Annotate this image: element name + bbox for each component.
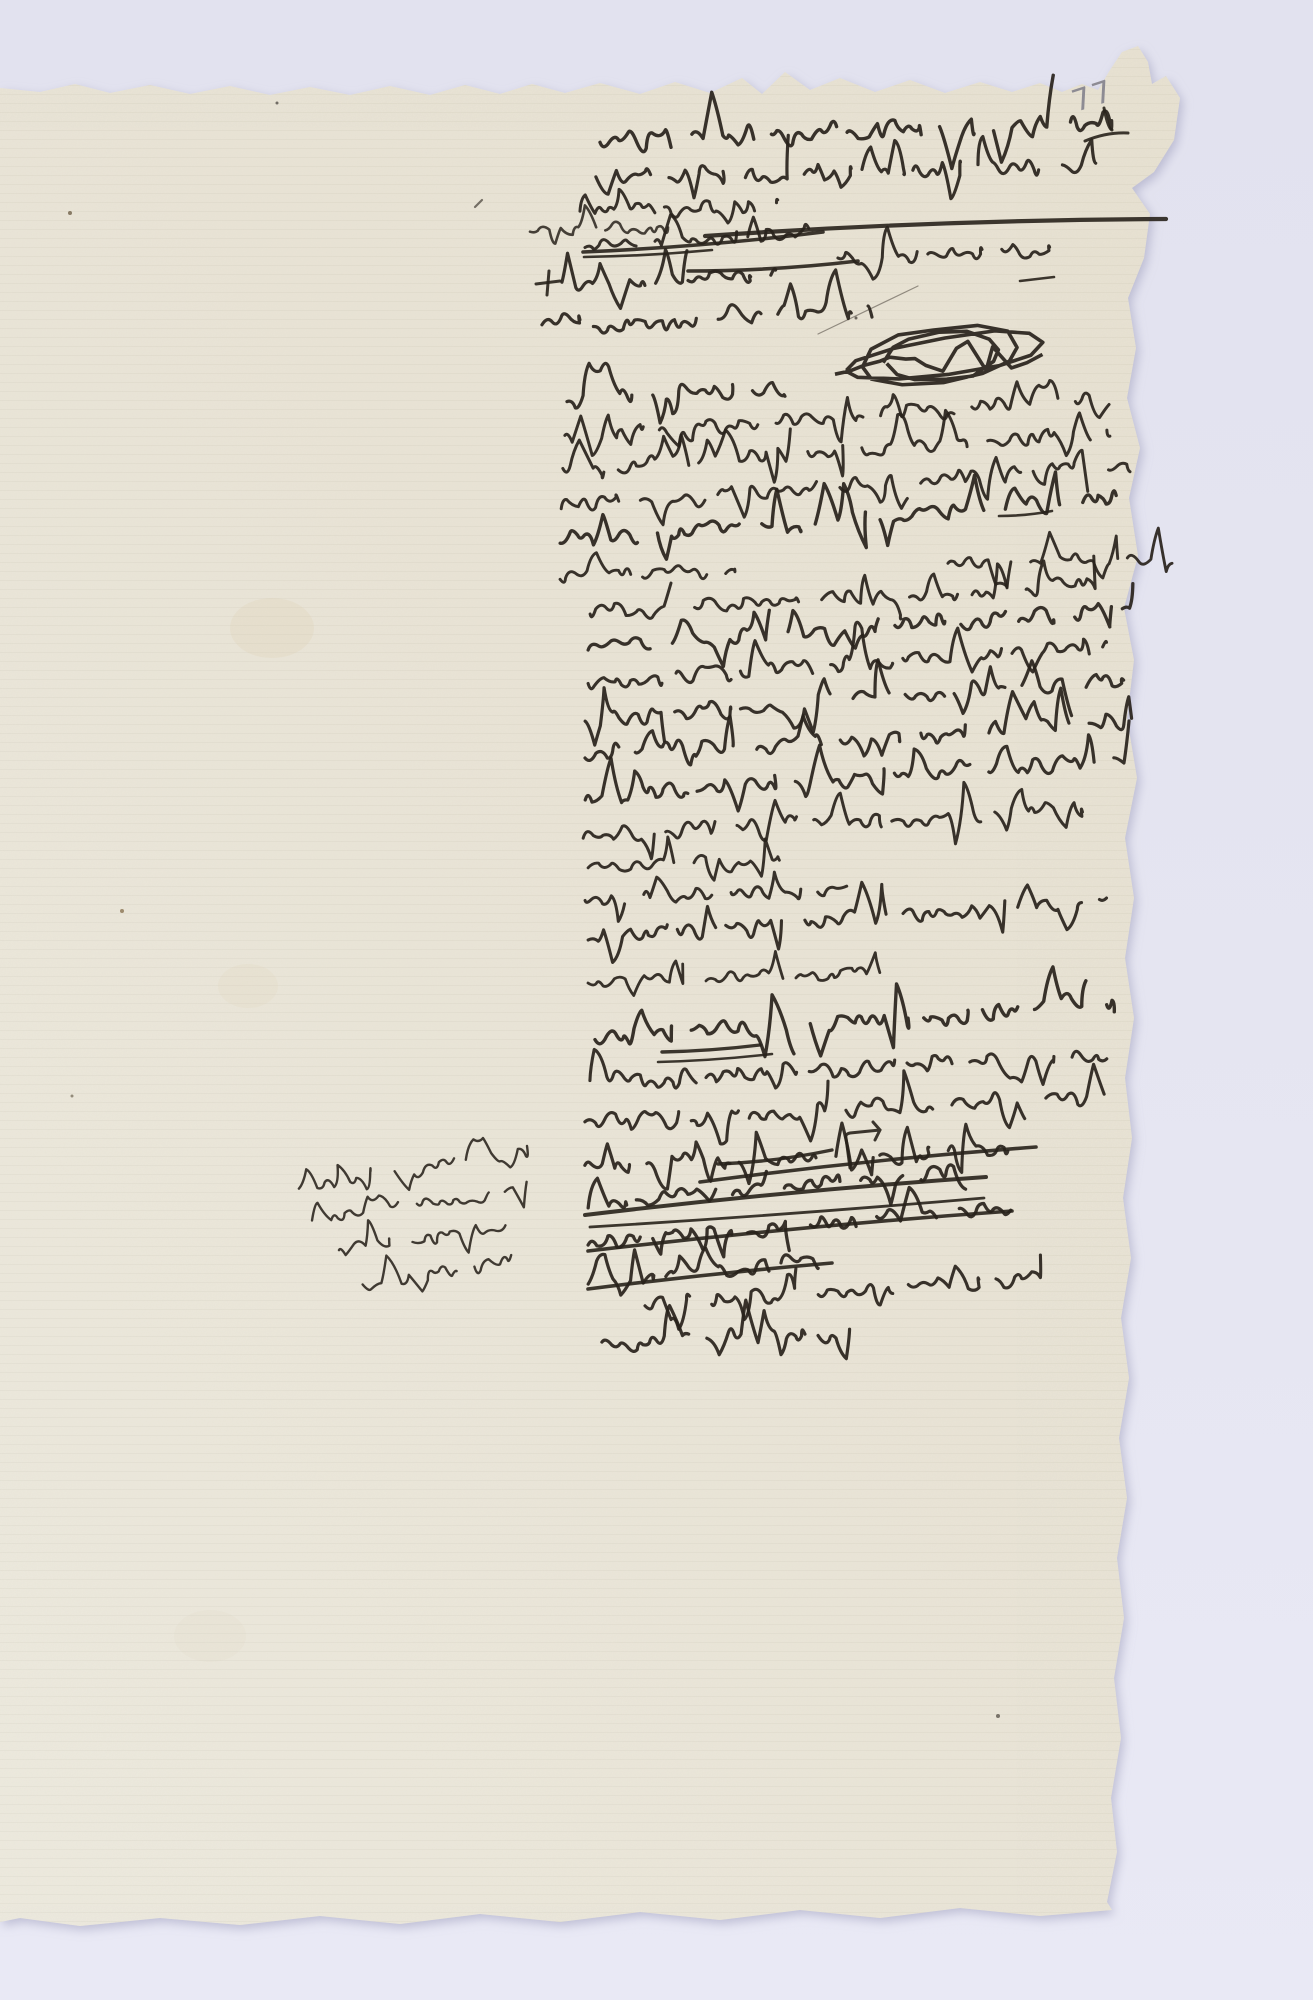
paper-grain	[0, 0, 1313, 2000]
paper-speck	[120, 909, 124, 913]
ink-stroke-mark	[547, 271, 549, 295]
paper-stain	[174, 1610, 246, 1662]
paper-stain	[218, 964, 278, 1008]
manuscript-scan: 77	[0, 0, 1313, 2000]
paper-speck	[855, 317, 858, 320]
paper-stain	[230, 598, 314, 658]
paper-speck	[996, 1714, 1000, 1718]
scanner-background: 77	[0, 0, 1313, 2000]
paper-speck	[276, 102, 279, 105]
paper-speck	[68, 211, 72, 215]
paper-speck	[71, 1095, 74, 1098]
